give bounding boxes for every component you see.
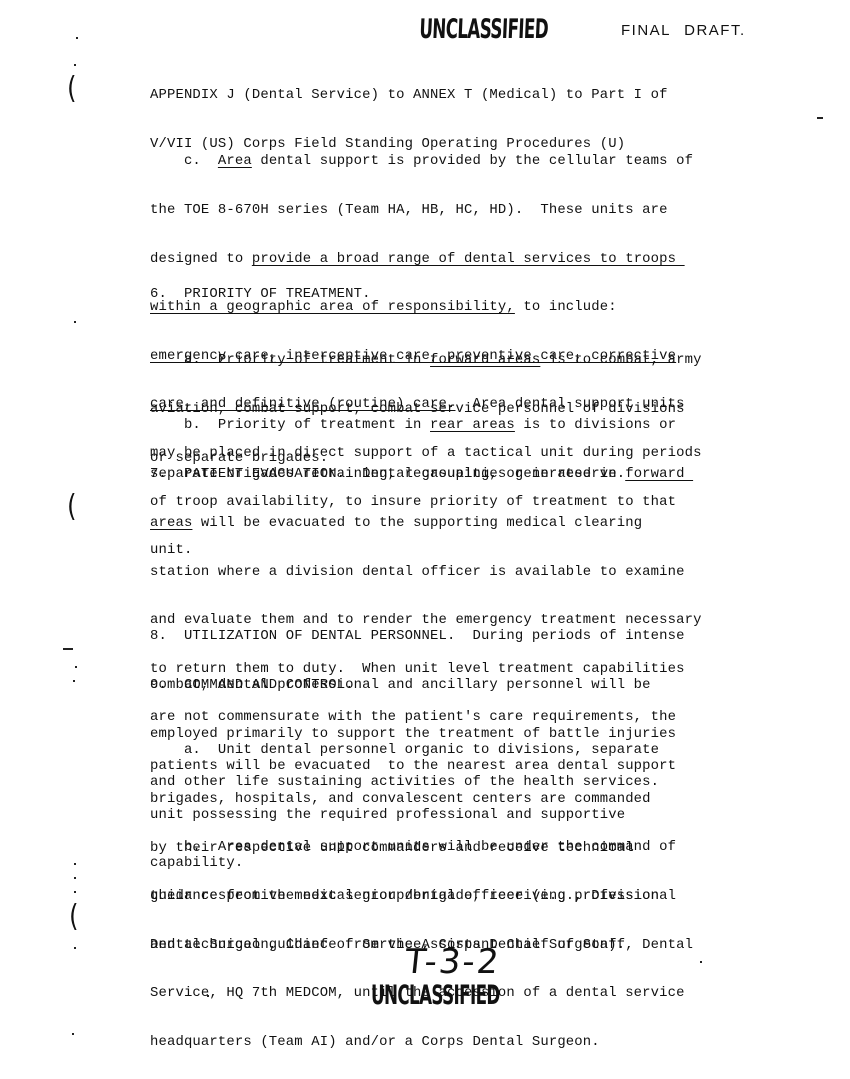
scan-speck [72,1033,74,1035]
scan-speck [76,37,78,39]
scan-speck [74,877,76,879]
section-8-line: 8. UTILIZATION OF DENTAL PERSONNEL. Duri… [150,628,810,644]
paragraph-c-line: c. Area dental support is provided by th… [150,153,810,169]
scan-speck [73,680,75,682]
section-7-line: 7. PATIENT EVACUATION. Dental casualties… [150,466,810,482]
underlined-phrase: rear areas [430,417,515,433]
underlined-phrase: Area [218,153,252,169]
underlined-phrase: provide a broad range of dental services… [252,251,685,267]
section-7-line: areas will be evacuated to the supportin… [150,515,810,531]
underlined-phrase: forward [625,466,693,482]
binder-hole-mark: ( [67,492,76,522]
section-9a-line: brigades, hospitals, and convalescent ce… [150,791,810,807]
classification-stamp-top: UNCLASSIFIED [419,14,549,45]
section-9b-line: headquarters (Team AI) and/or a Corps De… [150,1034,810,1050]
section-9b-line: their respective medical group/brigade, … [150,888,810,904]
classification-stamp-bottom: UNCLASSIFIED [371,980,500,1011]
scan-speck [74,891,76,893]
paragraph-c-line: the TOE 8-670H series (Team HA, HB, HC, … [150,202,810,218]
scan-speck [74,947,76,949]
section-6a-line: a. Priority of treatment in forward area… [150,352,810,368]
title-line-1: APPENDIX J (Dental Service) to ANNEX T (… [150,87,810,103]
scan-speck [207,995,209,997]
scan-speck [63,648,73,650]
paragraph-c-line: designed to provide a broad range of den… [150,251,810,267]
section-9b-line: b. Area dental support units will be und… [150,839,810,855]
binder-hole-mark: ( [69,902,78,932]
scan-speck [75,666,77,668]
scan-speck [817,117,823,119]
section-9a-line: a. Unit dental personnel organic to divi… [150,742,810,758]
section-9-heading: 9. COMMAND AND CONTROL. [150,677,810,693]
binder-hole-mark: ( [67,74,76,104]
draft-status: FINAL DRAFT. [621,22,746,39]
section-9b: b. Area dental support units will be und… [150,807,810,1066]
section-6-heading: 6. PRIORITY OF TREATMENT. [150,286,810,302]
scan-speck [74,64,76,66]
underlined-phrase: areas [150,515,192,531]
paragraph-c-line-1-rest: dental support is provided by the cellul… [252,153,693,169]
page-number: T-3-2 [403,942,503,982]
section-7-line: station where a division dental officer … [150,564,810,580]
scan-speck [700,961,702,963]
scan-speck [74,863,76,865]
scan-speck [74,321,76,323]
underlined-phrase: forward areas [430,352,540,368]
section-6b-line: b. Priority of treatment in rear areas i… [150,417,810,433]
